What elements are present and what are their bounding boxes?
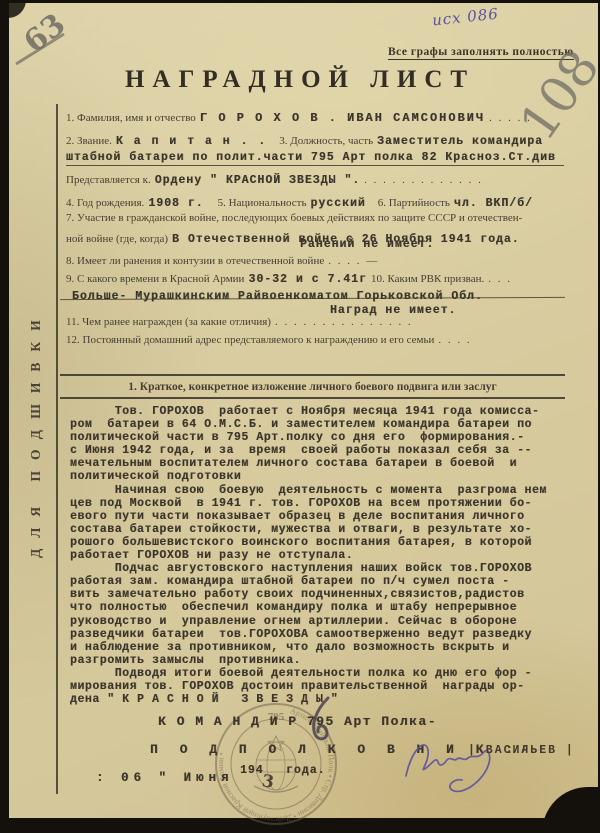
field-home-address-label: 12. Постоянный домашний адрес представля… <box>66 334 434 346</box>
field-birthyear-value: 1908 г. <box>148 197 203 210</box>
field-birth-nationality-party-row: 4. Год рождения. 1908 г. 5. Национальнос… <box>66 193 533 211</box>
field-name-value: Г О Р О Х О В . ИВАН САМСОНОВИЧ <box>200 111 485 125</box>
commander-line: К О М А Н Д И Р 795 Арт Полка- <box>158 714 437 729</box>
commander-signature <box>392 730 512 805</box>
field-war-participation-row: ной войне (где, когда) В Отечественной в… <box>66 229 520 247</box>
citation-section-title: 1. Краткое, конкретное изложение личного… <box>60 381 565 393</box>
field-war-participation-label1: 7. Участие в гражданской войне, последую… <box>66 212 522 224</box>
field-name-label: 1. Фамилия, имя и отчество <box>66 112 196 124</box>
citation-text: Тов. ГОРОХОВ работает с Ноября месяца 19… <box>70 405 547 706</box>
leader-dots: . . . . — <box>328 255 379 267</box>
leader-dots: . . . . . <box>489 112 532 124</box>
field-prior-awards-label: 11. Чем ранее награжден (за какие отличи… <box>66 316 271 328</box>
binding-margin-text: ДЛЯ ПОДШИВКИ <box>28 309 44 558</box>
scanned-award-document: { "marks": { "corner_number": "63", "out… <box>0 0 600 833</box>
field-service-label: 9. С какого времени в Красной Армии <box>66 273 244 285</box>
field-position-value2: штабной батареи по полит.части 795 Арт п… <box>66 151 564 166</box>
field-position-value2-row: штабной батареи по полит.части 795 Арт п… <box>66 147 564 166</box>
field-prior-awards-row: 11. Чем ранее награжден (за какие отличи… <box>66 312 413 330</box>
field-award-value: Ордену " КРАСНОЙ ЗВЕЗДЫ ". <box>155 174 360 187</box>
field-rvk-value: Больше- Мурашкинским Райвоенкоматом Горь… <box>72 290 483 303</box>
field-birthyear-label: 4. Год рождения. <box>66 197 144 209</box>
leader-dots: . . . . . . . . . . . . . . . <box>275 316 413 328</box>
field-party-value: чл. ВКП/б/ <box>454 197 533 210</box>
field-wounds-label: 8. Имеет ли ранения и контузии в отечест… <box>66 255 324 267</box>
leader-dots: . . . . . . . . . . . . . <box>364 174 483 186</box>
field-rvk-label: 10. Каким РВК призван. <box>371 273 484 285</box>
field-name-row: 1. Фамилия, имя и отчество Г О Р О Х О В… <box>66 108 532 126</box>
date-line: : 06 " Июня <box>96 771 234 785</box>
date-year-printed: 194 <box>240 764 264 777</box>
field-wounds-row: 8. Имеет ли ранения и контузии в отечест… <box>66 251 379 269</box>
field-nationality-label: 5. Национальность <box>218 197 307 209</box>
field-award-row: Представляется к. Ордену " КРАСНОЙ ЗВЕЗД… <box>66 170 483 188</box>
field-award-label: Представляется к. <box>66 174 151 186</box>
pencil-slash-mark <box>12 28 72 68</box>
field-party-label: 6. Партийность <box>378 197 450 209</box>
field-rank-label: 2. Звание. <box>66 135 112 147</box>
document-title: НАГРАДНОЙ ЛИСТ <box>0 66 600 94</box>
signee-name: | ВАСИЛЬЕВ | <box>468 744 575 757</box>
leader-dots: . . . <box>488 273 512 285</box>
field-service-value: 30-32 и с 7.41г <box>248 273 367 286</box>
section-rule-bottom <box>60 397 565 399</box>
field-nationality-value: русский <box>310 197 365 210</box>
form-left-rule <box>56 104 58 794</box>
field-service-row: 9. С какого времени в Красной Армии 30-3… <box>66 269 512 287</box>
field-position-label: 3. Должность, часть <box>279 135 373 147</box>
field-wounds-value: Ранений не имеет. <box>300 238 434 251</box>
date-year-suffix: года. <box>286 764 326 777</box>
field-war-participation-label2: ной войне (где, когда) <box>66 233 168 245</box>
fill-instruction: Все графы заполнять полностью <box>388 46 574 60</box>
leader-dots: . . . . <box>438 334 471 346</box>
field-home-address-row: 12. Постоянный домашний адрес представля… <box>66 330 472 348</box>
section-rule-top <box>60 374 565 376</box>
